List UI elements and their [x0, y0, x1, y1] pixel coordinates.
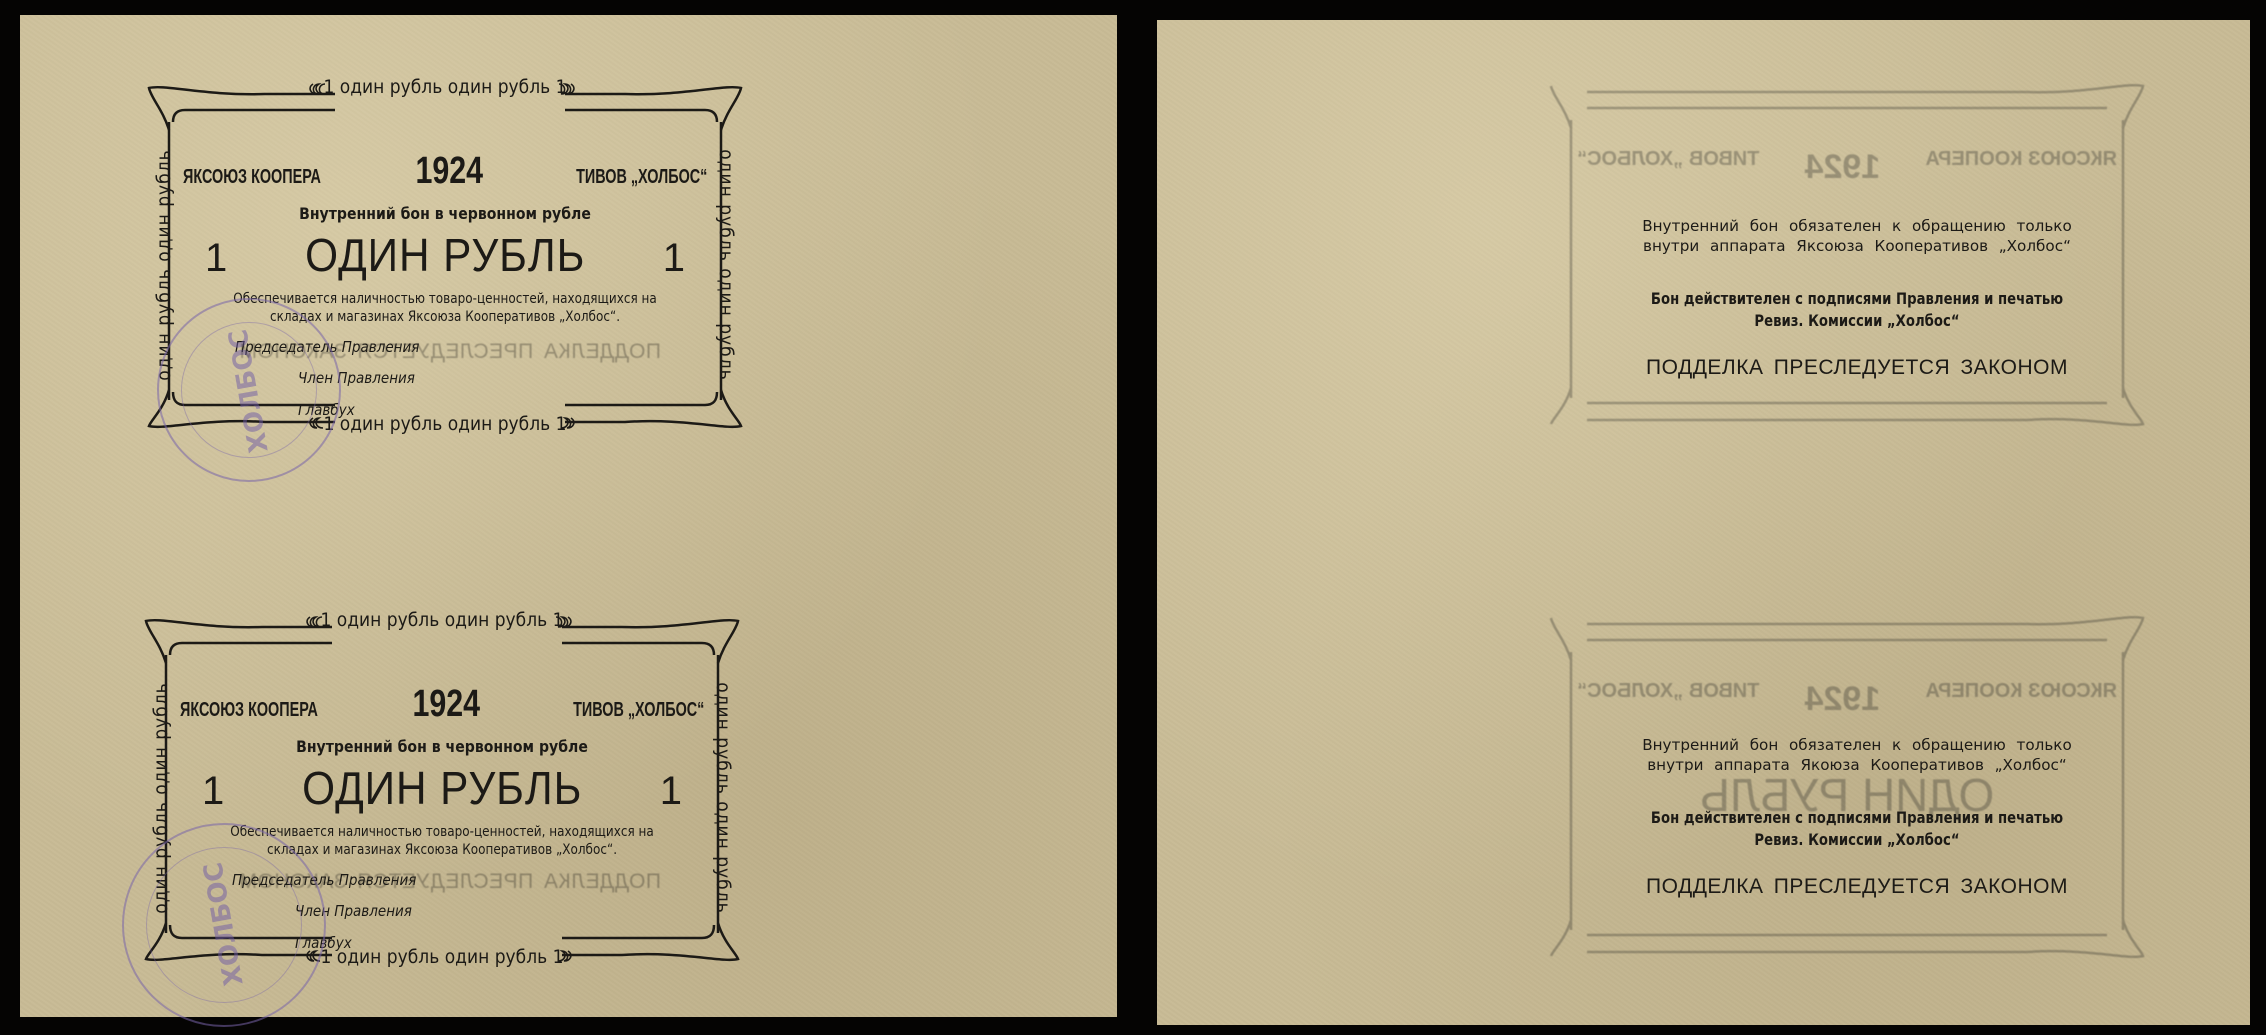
show-through-warning: ПОДДЕЛКА ПРЕСЛЕДУЕТСЯ ЗАКОНОМ: [170, 870, 730, 894]
validity-line-2: Ревиз. Комиссии „Холбос“: [1599, 310, 2114, 332]
denomination: 1 ОДИН РУБЛЬ 1: [175, 228, 715, 282]
issuer-left: ЯКСОЮЗ КООПЕРА: [180, 699, 318, 722]
issue-year: 1924: [416, 150, 484, 193]
issuer-right: ТИВОВ „ХОЛБОС“: [576, 166, 707, 189]
circulation-notice: Внутренний бон обязателен к обращению то…: [1583, 216, 2132, 256]
border-text-right: один рубль один рубль: [715, 115, 737, 415]
circulation-line-2: внутри аппарата Яксоюза Кооперативов „Хо…: [1583, 236, 2132, 256]
ghost-issuer-header: ЯКСОЮЗ КООПЕРА 1924 ТИВОВ „ХОЛБОС“: [1577, 148, 2117, 187]
issuer-left: ЯКСОЮЗ КООПЕРА: [183, 166, 321, 189]
denomination-numeral-right: 1: [663, 236, 685, 281]
ghost-issuer-right: ТИВОВ „ХОЛБОС“: [1577, 148, 1759, 187]
denomination-text: ОДИН РУБЛЬ: [302, 761, 582, 815]
counterfeit-warning: ПОДДЕЛКА ПРЕСЛЕДУЕТСЯ ЗАКОНОМ: [1577, 356, 2137, 380]
show-through-obverse-frame: ЯКСОЮЗ КООПЕРА 1924 ТИВОВ „ХОЛБОС“ ОДИН …: [1547, 600, 2147, 970]
issuer-header: ЯКСОЮЗ КООПЕРА 1924 ТИВОВ „ХОЛБОС“: [175, 150, 715, 193]
obverse-sheet: 1 один рубль один рубль 1 1 один рубль о…: [20, 15, 1117, 1017]
denomination-numeral-right: 1: [660, 769, 682, 814]
validity-notice: Бон действителен с подписями Правления и…: [1599, 288, 2114, 332]
validity-line-2: Ревиз. Комиссии „Холбос“: [1599, 829, 2114, 851]
ghost-year: 1924: [1805, 148, 1881, 187]
stamp-text: ХОЛБОС: [192, 823, 256, 1025]
purple-seal-stamp: ХОЛБОС: [157, 298, 341, 482]
ghost-issuer-left: ЯКСОЮЗ КООПЕРА: [1925, 680, 2117, 719]
validity-line-1: Бон действителен с подписями Правления и…: [1599, 807, 2114, 829]
note-subtitle: Внутренний бон в червонном рубле: [207, 204, 682, 223]
reverse-sheet: ЯКСОЮЗ КООПЕРА 1924 ТИВОВ „ХОЛБОС“ Внутр…: [1157, 20, 2250, 1025]
purple-seal-stamp: ХОЛБОС: [122, 823, 326, 1027]
issuer-right: ТИВОВ „ХОЛБОС“: [573, 699, 704, 722]
validity-line-1: Бон действителен с подписями Правления и…: [1599, 288, 2114, 310]
ghost-issuer-header: ЯКСОЮЗ КООПЕРА 1924 ТИВОВ „ХОЛБОС“: [1577, 680, 2117, 719]
denomination-numeral-left: 1: [205, 236, 227, 281]
circulation-line-1: Внутренний бон обязателен к обращению то…: [1583, 735, 2132, 755]
denomination: 1 ОДИН РУБЛЬ 1: [172, 761, 712, 815]
counterfeit-warning: ПОДДЕЛКА ПРЕСЛЕДУЕТСЯ ЗАКОНОМ: [1577, 875, 2137, 899]
denomination-numeral-left: 1: [202, 769, 224, 814]
ghost-issuer-left: ЯКСОЮЗ КООПЕРА: [1925, 148, 2117, 187]
border-text-right: один рубль один рубль: [712, 648, 734, 948]
validity-notice: Бон действителен с подписями Правления и…: [1599, 807, 2114, 851]
stamp-text: ХОЛБОС: [219, 299, 280, 481]
backing-line-1: Обеспечивается наличностью товаро-ценнос…: [210, 823, 674, 841]
ghost-year: 1924: [1805, 680, 1881, 719]
circulation-line-2: внутри аппарата Якоюза Кооперативов „Хол…: [1583, 755, 2132, 775]
show-through-warning: ПОДДЕЛКА ПРЕСЛЕДУЕТСЯ ЗАКОНОМ: [170, 340, 730, 364]
border-text-top: 1 один рубль один рубль 1: [145, 76, 745, 98]
circulation-notice: Внутренний бон обязателен к обращению то…: [1583, 735, 2132, 775]
circulation-line-1: Внутренний бон обязателен к обращению то…: [1583, 216, 2132, 236]
issuer-header: ЯКСОЮЗ КООПЕРА 1924 ТИВОВ „ХОЛБОС“: [172, 683, 712, 726]
border-text-top: 1 один рубль один рубль 1: [142, 609, 742, 631]
issue-year: 1924: [413, 683, 481, 726]
ghost-issuer-right: ТИВОВ „ХОЛБОС“: [1577, 680, 1759, 719]
note-subtitle: Внутренний бон в червонном рубле: [204, 737, 679, 756]
denomination-text: ОДИН РУБЛЬ: [305, 228, 585, 282]
